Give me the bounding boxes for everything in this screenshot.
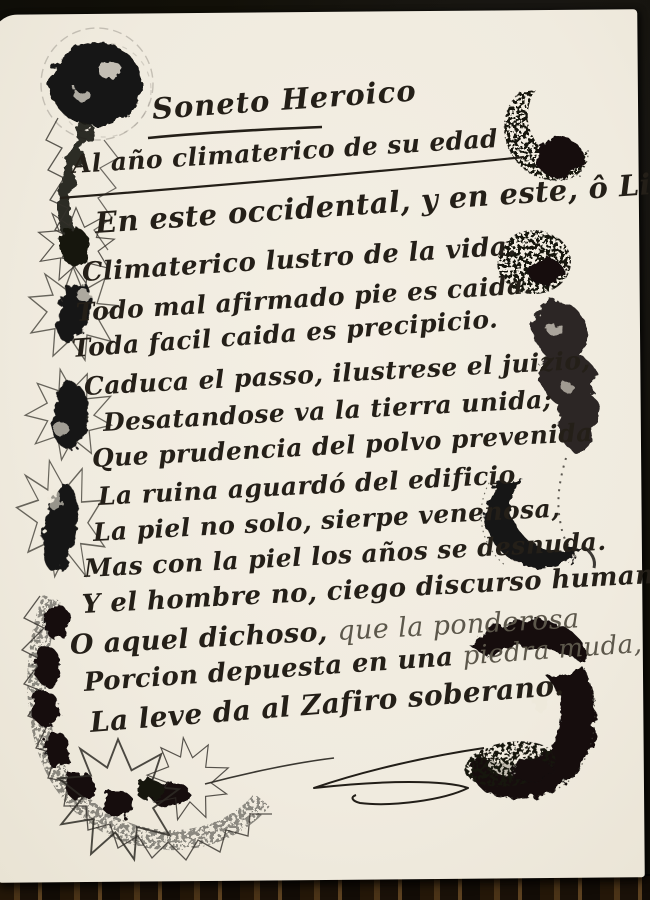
photo-background: Soneto Heroico Al año climaterico de su … (0, 0, 650, 900)
